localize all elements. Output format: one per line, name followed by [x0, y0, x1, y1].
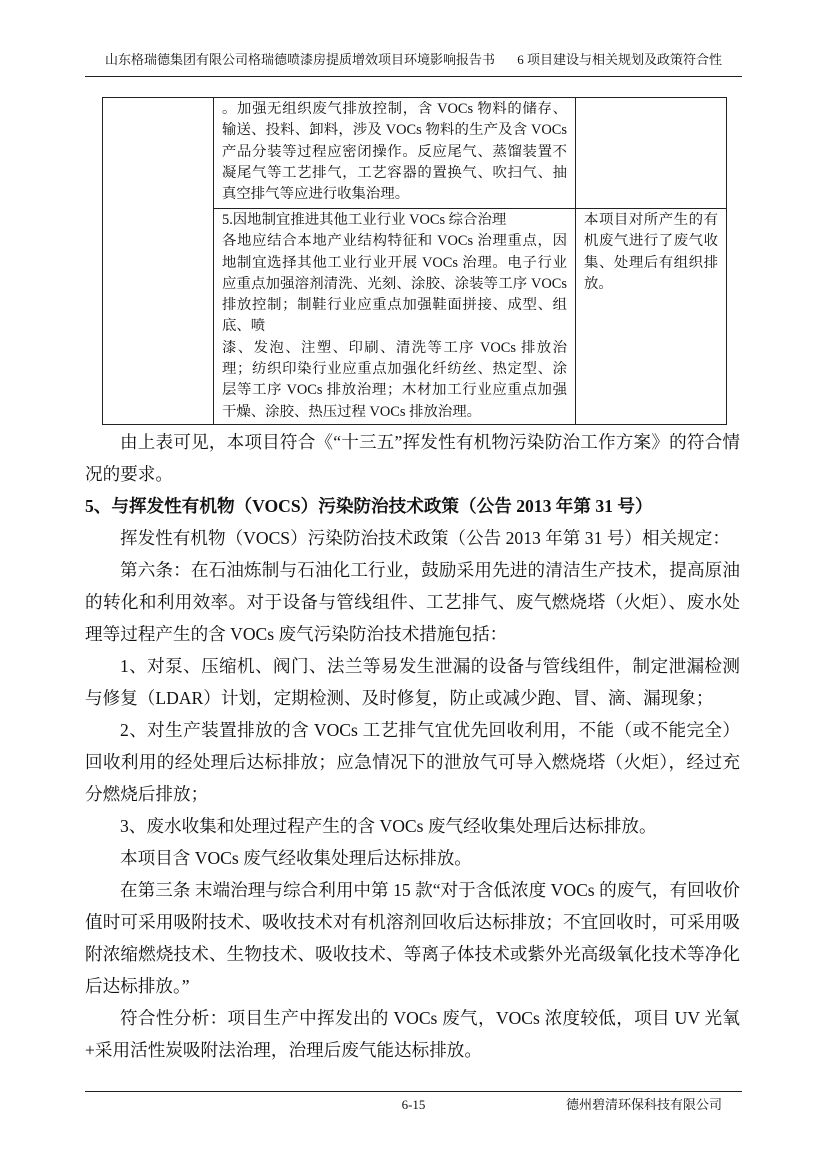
header-chapter-title: 6 项目建设与相关规划及政策符合性	[517, 50, 722, 70]
requirement-text: 漆、发泡、注塑、印刷、清洗等工序 VOCs 排放治理；纺织印染行业应重点加强化纤…	[222, 338, 567, 423]
body-paragraph: 1、对泵、压缩机、阀门、法兰等易发生泄漏的设备与管线组件，制定泄漏检测与修复（L…	[85, 650, 740, 714]
analysis-text: 本项目对所产生的有机废气进行了废气收集、处理后有组织排放。	[584, 210, 718, 295]
body-paragraph: 本项目含 VOCs 废气经收集处理后达标排放。	[85, 842, 740, 874]
body-paragraph: 由上表可见，本项目符合《“十三五”挥发性有机物污染防治工作方案》的符合情况的要求…	[85, 426, 740, 490]
requirement-text: 各地应结合本地产业结构特征和 VOCs 治理重点，因地制宜选择其他工业行业开展 …	[222, 231, 567, 337]
body-text: 由上表可见，本项目符合《“十三五”挥发性有机物污染防治工作方案》的符合情况的要求…	[85, 426, 740, 1066]
page-footer: 6-15 德州碧清环保科技有限公司	[85, 1091, 742, 1116]
compliance-table: 。加强无组织废气排放控制，含 VOCs 物料的储存、输送、投料、卸料，涉及 VO…	[102, 97, 727, 425]
page-header: 山东格瑞德集团有限公司格瑞德喷漆房提质增效项目环境影响报告书 6 项目建设与相关…	[85, 50, 742, 77]
table-cell-category-empty	[103, 98, 214, 425]
table-cell-analysis-1	[576, 98, 727, 209]
body-paragraph: 第六条：在石油炼制与石油化工行业，鼓励采用先进的清洁生产技术，提高原油的转化和利…	[85, 554, 740, 650]
document-page: 山东格瑞德集团有限公司格瑞德喷漆房提质增效项目环境影响报告书 6 项目建设与相关…	[0, 0, 827, 1169]
table-cell-requirement-1: 。加强无组织废气排放控制，含 VOCs 物料的储存、输送、投料、卸料，涉及 VO…	[214, 98, 576, 209]
section-heading: 5、与挥发性有机物（VOCS）污染防治技术政策（公告 2013 年第 31 号）	[85, 490, 740, 522]
body-paragraph: 挥发性有机物（VOCS）污染防治技术政策（公告 2013 年第 31 号）相关规…	[85, 522, 740, 554]
body-paragraph: 符合性分析：项目生产中挥发出的 VOCs 废气，VOCs 浓度较低，项目 UV …	[85, 1002, 740, 1066]
requirement-item-title: 5.因地制宜推进其他工业行业 VOCs 综合治理	[222, 210, 567, 231]
footer-company-name: 德州碧清环保科技有限公司	[566, 1096, 722, 1114]
header-report-title: 山东格瑞德集团有限公司格瑞德喷漆房提质增效项目环境影响报告书	[105, 50, 495, 70]
table-row: 。加强无组织废气排放控制，含 VOCs 物料的储存、输送、投料、卸料，涉及 VO…	[103, 98, 727, 209]
requirement-text: 。加强无组织废气排放控制，含 VOCs 物料的储存、输送、投料、卸料，涉及 VO…	[222, 99, 567, 205]
body-paragraph: 在第三条 末端治理与综合利用中第 15 款“对于含低浓度 VOCs 的废气，有回…	[85, 874, 740, 1002]
body-paragraph: 3、废水收集和处理过程产生的含 VOCs 废气经收集处理后达标排放。	[85, 810, 740, 842]
body-paragraph: 2、对生产装置排放的含 VOCs 工艺排气宜优先回收利用，不能（或不能完全）回收…	[85, 714, 740, 810]
table-cell-requirement-2: 5.因地制宜推进其他工业行业 VOCs 综合治理 各地应结合本地产业结构特征和 …	[214, 209, 576, 425]
table-cell-analysis-2: 本项目对所产生的有机废气进行了废气收集、处理后有组织排放。	[576, 209, 727, 425]
